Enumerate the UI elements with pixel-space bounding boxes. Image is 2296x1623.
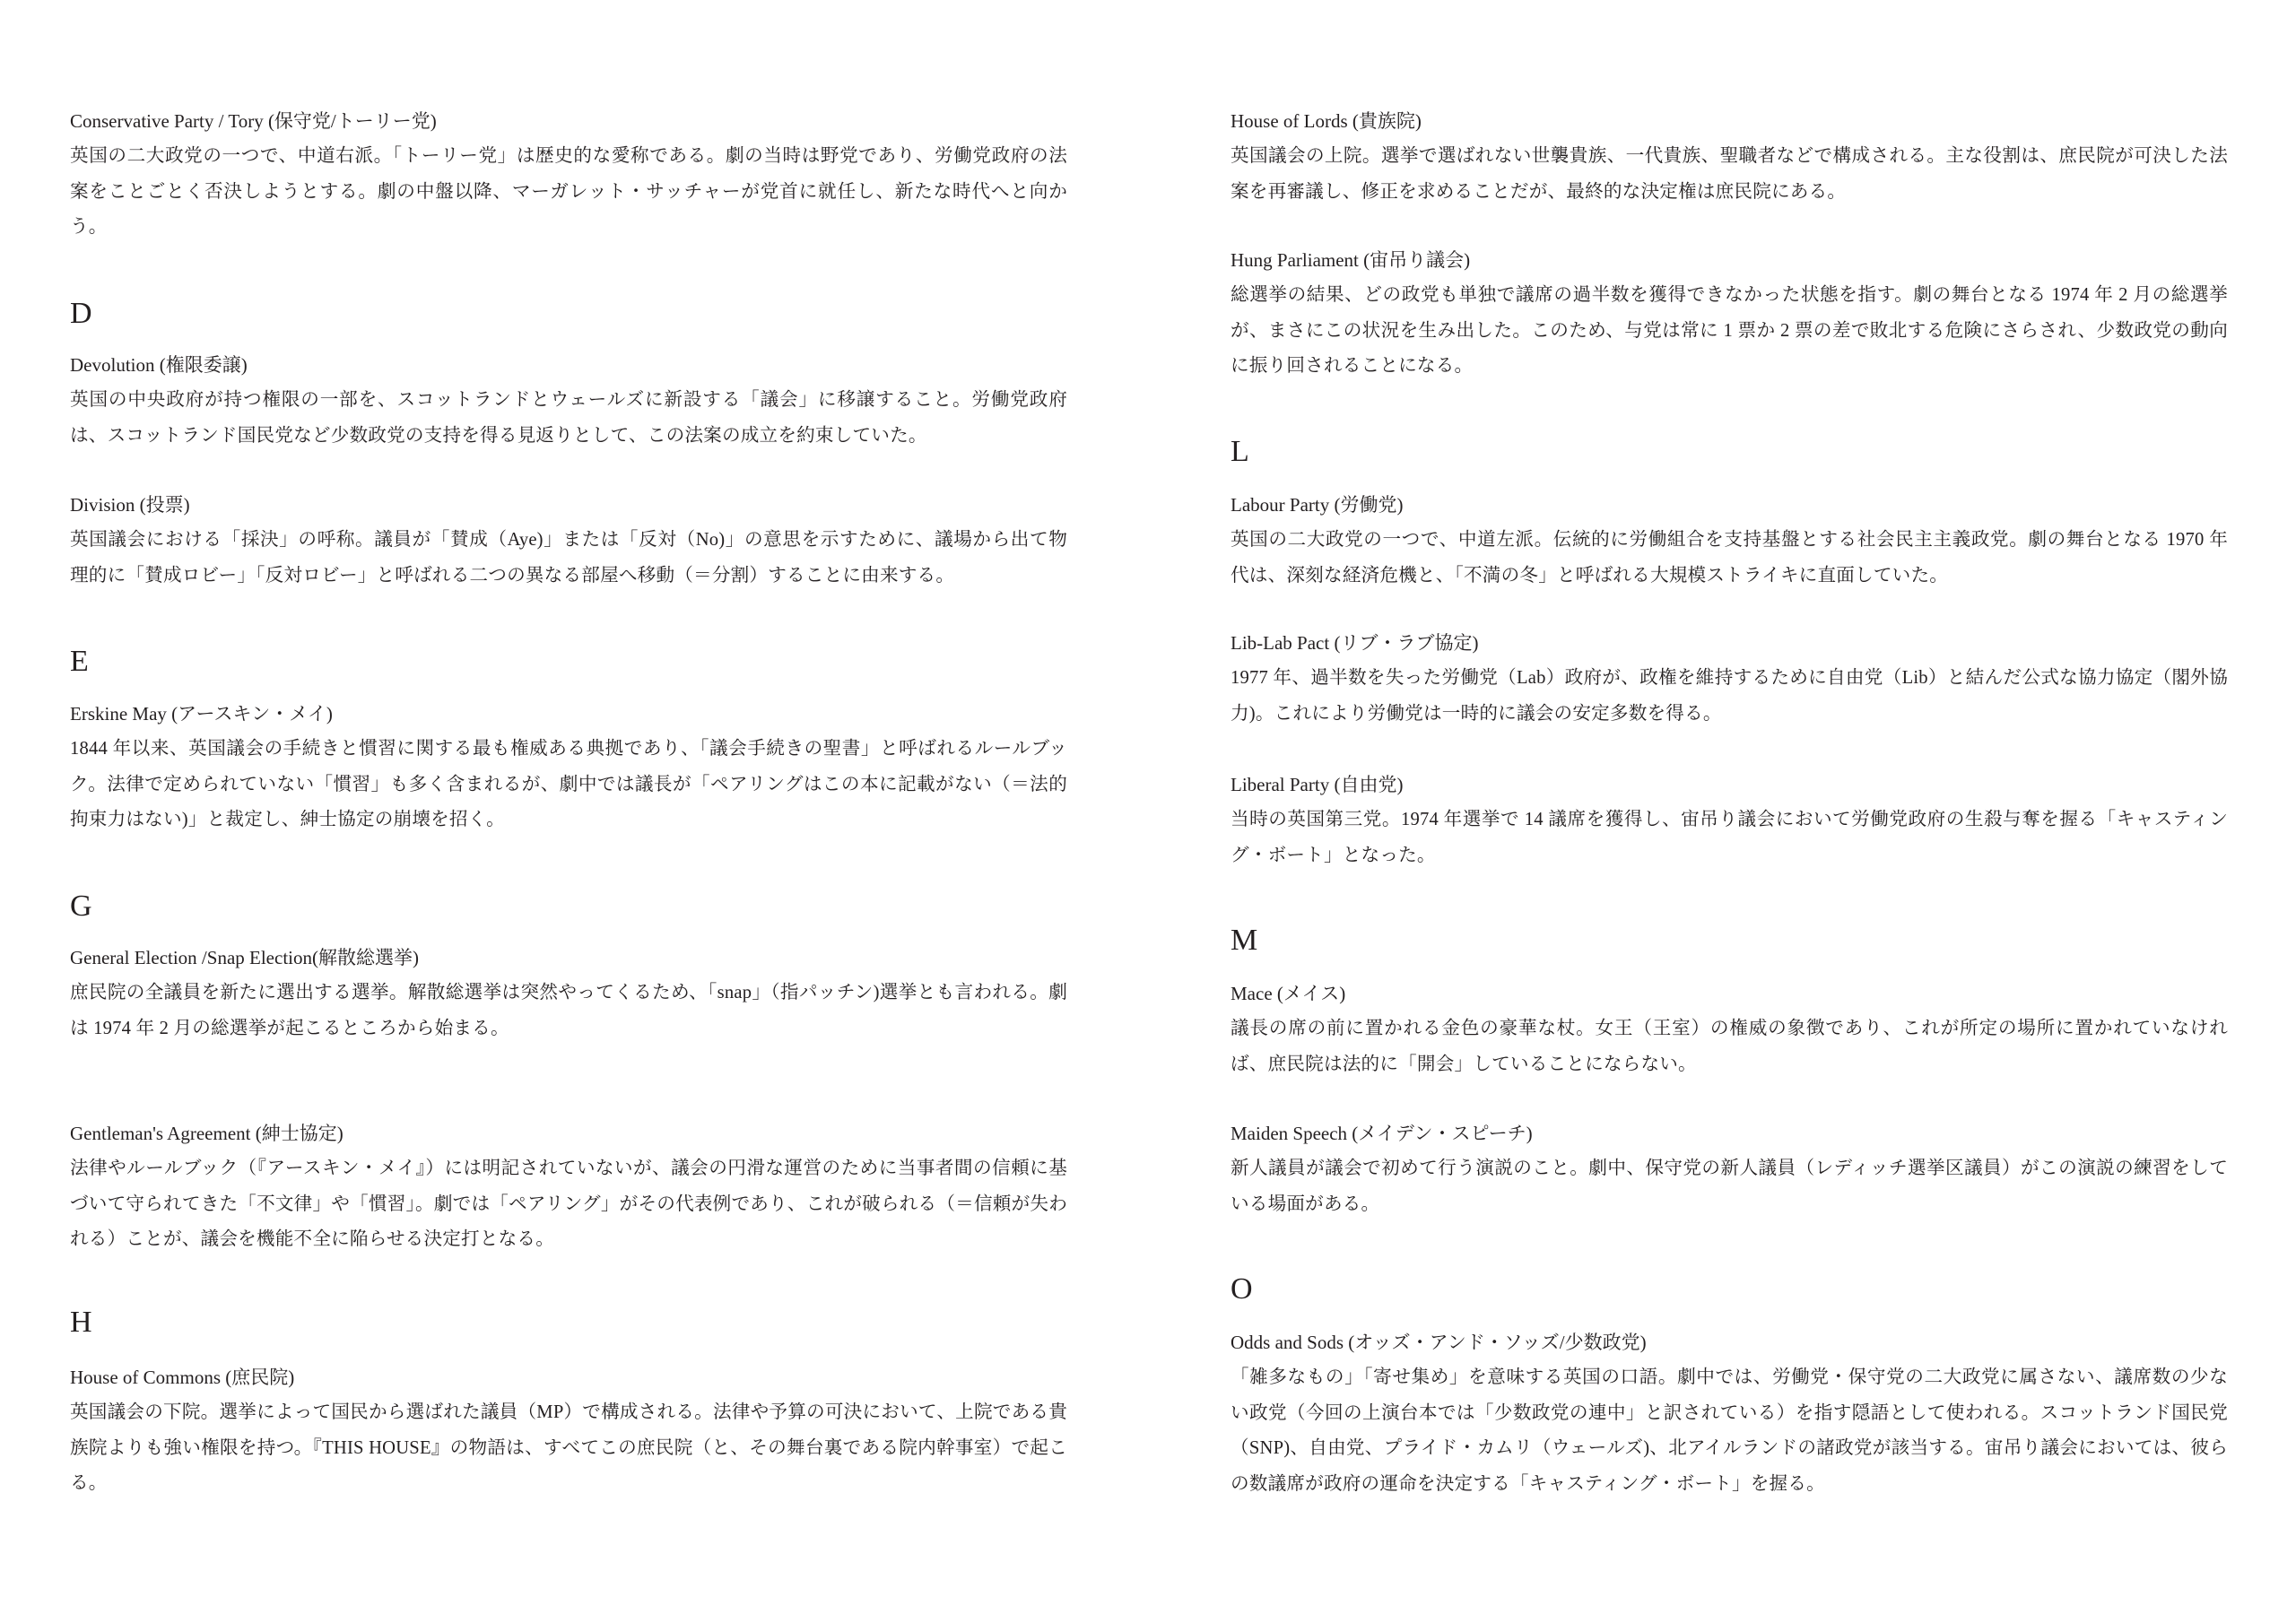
entry-term: Division (投票) [70, 487, 1067, 523]
glossary-entry-conservative-party: Conservative Party / Tory (保守党/トーリー党) 英国… [70, 103, 1067, 246]
glossary-entry-erskine-may: Erskine May (アースキン・メイ) 1844 年以来、英国議会の手続き… [70, 696, 1067, 838]
section-letter-d: D [70, 296, 92, 332]
glossary-entry-division: Division (投票) 英国議会における「採決」の呼称。議員が「賛成（Aye… [70, 487, 1067, 594]
entry-definition: 「雑多なもの」「寄せ集め」を意味する英国の口語。劇中では、労働党・保守党の二大政… [1231, 1360, 2228, 1502]
entry-term: Erskine May (アースキン・メイ) [70, 696, 1067, 732]
glossary-entry-house-of-lords: House of Lords (貴族院) 英国議会の上院。選挙で選ばれない世襲貴… [1231, 103, 2228, 210]
entry-term: Liberal Party (自由党) [1231, 767, 2228, 803]
glossary-entry-liberal-party: Liberal Party (自由党) 当時の英国第三党。1974 年選挙で 1… [1231, 767, 2228, 873]
entry-definition: 庶民院の全議員を新たに選出する選挙。解散総選挙は突然やってくるため、「snap」… [70, 976, 1067, 1046]
glossary-entry-house-of-commons: House of Commons (庶民院) 英国議会の下院。選挙によって国民か… [70, 1359, 1067, 1502]
entry-definition: 1844 年以来、英国議会の手続きと慣習に関する最も権威ある典拠であり、「議会手… [70, 732, 1067, 838]
entry-definition: 英国議会における「採決」の呼称。議員が「賛成（Aye)」または「反対（No)」の… [70, 523, 1067, 594]
entry-definition: 法律やルールブック（『アースキン・メイ』）には明記されていないが、議会の円滑な運… [70, 1151, 1067, 1258]
entry-term: House of Commons (庶民院) [70, 1359, 1067, 1395]
glossary-entry-gentlemans-agreement: Gentleman's Agreement (紳士協定) 法律やルールブック（『… [70, 1115, 1067, 1258]
entry-term: Gentleman's Agreement (紳士協定) [70, 1115, 1067, 1151]
section-letter-e: E [70, 644, 89, 680]
section-letter-m: M [1231, 923, 1257, 959]
entry-term: Mace (メイス) [1231, 976, 2228, 1011]
entry-term: Maiden Speech (メイデン・スピーチ) [1231, 1115, 2228, 1151]
glossary-entry-devolution: Devolution (権限委譲) 英国の中央政府が持つ権限の一部を、スコットラ… [70, 347, 1067, 454]
entry-definition: 新人議員が議会で初めて行う演説のこと。劇中、保守党の新人議員（レディッチ選挙区議… [1231, 1151, 2228, 1222]
entry-term: Labour Party (労働党) [1231, 487, 2228, 523]
entry-definition: 1977 年、過半数を失った労働党（Lab）政府が、政権を維持するために自由党（… [1231, 661, 2228, 732]
entry-definition: 英国議会の上院。選挙で選ばれない世襲貴族、一代貴族、聖職者などで構成される。主な… [1231, 139, 2228, 210]
entry-definition: 英国の二大政党の一つで、中道右派。「トーリー党」は歴史的な愛称である。劇の当時は… [70, 139, 1067, 246]
glossary-page: Conservative Party / Tory (保守党/トーリー党) 英国… [0, 0, 2296, 1623]
glossary-entry-odds-and-sods: Odds and Sods (オッズ・アンド・ソッズ/少数政党) 「雑多なもの」… [1231, 1324, 2228, 1502]
section-letter-l: L [1231, 434, 1249, 470]
entry-definition: 議長の席の前に置かれる金色の豪華な杖。女王（王室）の権威の象徴であり、これが所定… [1231, 1011, 2228, 1082]
glossary-entry-general-election: General Election /Snap Election(解散総選挙) 庶… [70, 940, 1067, 1046]
glossary-entry-hung-parliament: Hung Parliament (宙吊り議会) 総選挙の結果、どの政党も単独で議… [1231, 242, 2228, 385]
entry-definition: 英国の二大政党の一つで、中道左派。伝統的に労働組合を支持基盤とする社会民主主義政… [1231, 523, 2228, 594]
section-letter-o: O [1231, 1271, 1253, 1307]
glossary-entry-lib-lab-pact: Lib-Lab Pact (リブ・ラブ協定) 1977 年、過半数を失った労働党… [1231, 625, 2228, 732]
entry-term: General Election /Snap Election(解散総選挙) [70, 940, 1067, 976]
entry-term: Odds and Sods (オッズ・アンド・ソッズ/少数政党) [1231, 1324, 2228, 1360]
entry-definition: 総選挙の結果、どの政党も単独で議席の過半数を獲得できなかった状態を指す。劇の舞台… [1231, 278, 2228, 385]
entry-term: Devolution (権限委譲) [70, 347, 1067, 383]
entry-term: Lib-Lab Pact (リブ・ラブ協定) [1231, 625, 2228, 661]
entry-definition: 当時の英国第三党。1974 年選挙で 14 議席を獲得し、宙吊り議会において労働… [1231, 803, 2228, 873]
section-letter-h: H [70, 1305, 92, 1341]
glossary-entry-mace: Mace (メイス) 議長の席の前に置かれる金色の豪華な杖。女王（王室）の権威の… [1231, 976, 2228, 1082]
glossary-entry-labour-party: Labour Party (労働党) 英国の二大政党の一つで、中道左派。伝統的に… [1231, 487, 2228, 594]
section-letter-g: G [70, 889, 92, 924]
glossary-entry-maiden-speech: Maiden Speech (メイデン・スピーチ) 新人議員が議会で初めて行う演… [1231, 1115, 2228, 1222]
entry-definition: 英国の中央政府が持つ権限の一部を、スコットランドとウェールズに新設する「議会」に… [70, 383, 1067, 454]
entry-term: House of Lords (貴族院) [1231, 103, 2228, 139]
entry-term: Conservative Party / Tory (保守党/トーリー党) [70, 103, 1067, 139]
entry-term: Hung Parliament (宙吊り議会) [1231, 242, 2228, 278]
entry-definition: 英国議会の下院。選挙によって国民から選ばれた議員（MP）で構成される。法律や予算… [70, 1395, 1067, 1502]
